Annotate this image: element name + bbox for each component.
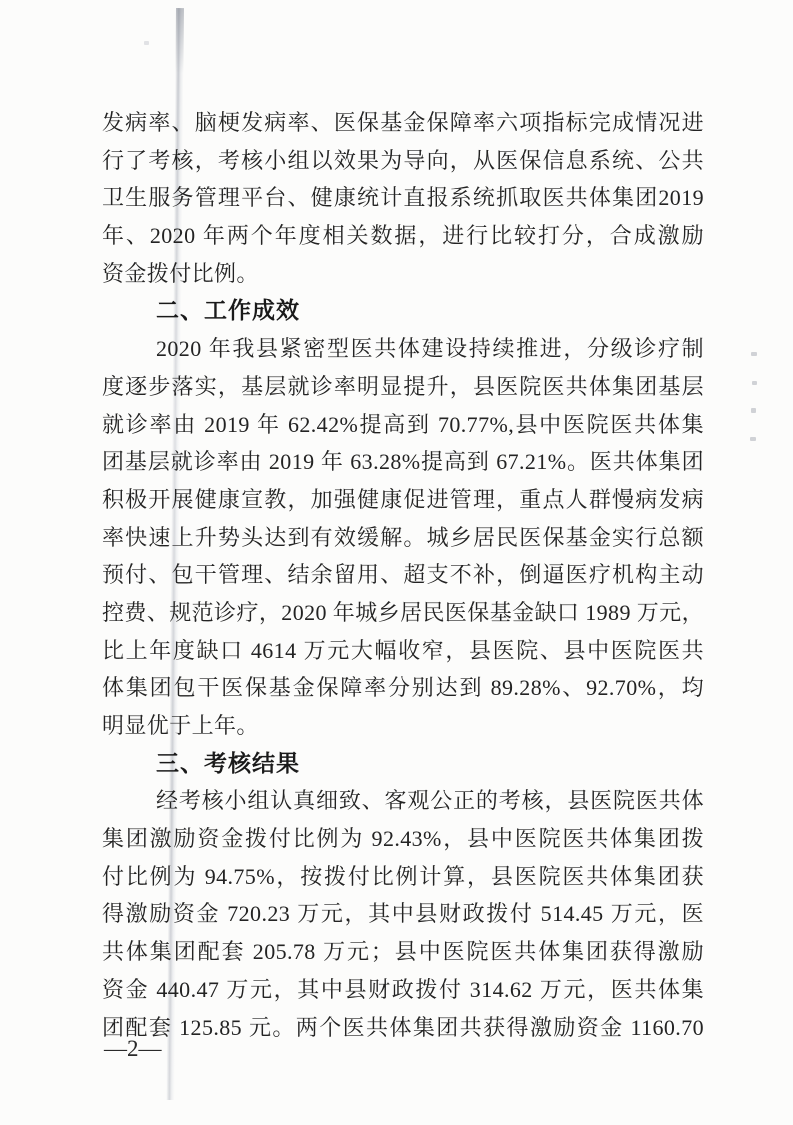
text-line: 团配套 125.85 元。两个医共体集团共获得激励资金 1160.70 bbox=[102, 1009, 704, 1047]
text-line: 得激励资金 720.23 万元，其中县财政拨付 514.45 万元，医 bbox=[102, 895, 704, 933]
text-line: 行了考核，考核小组以效果为导向，从医保信息系统、公共 bbox=[102, 142, 704, 180]
text-line: 集团激励资金拨付比例为 92.43%，县中医院医共体集团拨 bbox=[102, 820, 704, 858]
text-line: 付比例为 94.75%，按拨付比例计算，县医院医共体集团获 bbox=[102, 858, 704, 896]
scan-speck bbox=[750, 437, 756, 441]
text-line: 就诊率由 2019 年 62.42%提高到 70.77%,县中医院医共体集 bbox=[102, 406, 704, 444]
text-line: 积极开展健康宣教，加强健康促进管理，重点人群慢病发病 bbox=[102, 481, 704, 519]
text-line: 共体集团配套 205.78 万元；县中医院医共体集团获得激励 bbox=[102, 933, 704, 971]
text-line: 经考核小组认真细致、客观公正的考核，县医院医共体 bbox=[102, 782, 704, 820]
text-line: 比上年度缺口 4614 万元大幅收窄，县医院、县中医院医共 bbox=[102, 632, 704, 670]
text-line: 明显优于上年。 bbox=[102, 707, 704, 745]
text-line: 体集团包干医保基金保障率分别达到 89.28%、92.70%，均 bbox=[102, 669, 704, 707]
text-line: 预付、包干管理、结余留用、超支不补，倒逼医疗机构主动 bbox=[102, 556, 704, 594]
text-line: 率快速上升势头达到有效缓解。城乡居民医保基金实行总额 bbox=[102, 519, 704, 557]
section-heading: 三、考核结果 bbox=[102, 745, 704, 783]
text-line: 度逐步落实，基层就诊率明显提升，县医院医共体集团基层 bbox=[102, 368, 704, 406]
text-line: 资金 440.47 万元，其中县财政拨付 314.62 万元，医共体集 bbox=[102, 971, 704, 1009]
scan-speck bbox=[752, 381, 757, 385]
body-text: 发病率、脑梗发病率、医保基金保障率六项指标完成情况进行了考核，考核小组以效果为导… bbox=[102, 104, 704, 1046]
scan-speck bbox=[751, 408, 756, 413]
text-line: 资金拨付比例。 bbox=[102, 255, 704, 293]
text-line: 控费、规范诊疗，2020 年城乡居民医保基金缺口 1989 万元， bbox=[102, 594, 704, 632]
scan-speck bbox=[144, 41, 149, 45]
section-heading: 二、工作成效 bbox=[102, 292, 704, 330]
text-line: 发病率、脑梗发病率、医保基金保障率六项指标完成情况进 bbox=[102, 104, 704, 142]
page-number: —2— bbox=[104, 1032, 162, 1066]
text-line: 团基层就诊率由 2019 年 63.28%提高到 67.21%。医共体集团 bbox=[102, 443, 704, 481]
document-page: 发病率、脑梗发病率、医保基金保障率六项指标完成情况进行了考核，考核小组以效果为导… bbox=[0, 0, 793, 1125]
text-line: 卫生服务管理平台、健康统计直报系统抓取医共体集团2019 bbox=[102, 179, 704, 217]
text-line: 年、2020 年两个年度相关数据，进行比较打分，合成激励 bbox=[102, 217, 704, 255]
scan-speck bbox=[751, 352, 757, 356]
text-line: 2020 年我县紧密型医共体建设持续推进，分级诊疗制 bbox=[102, 330, 704, 368]
